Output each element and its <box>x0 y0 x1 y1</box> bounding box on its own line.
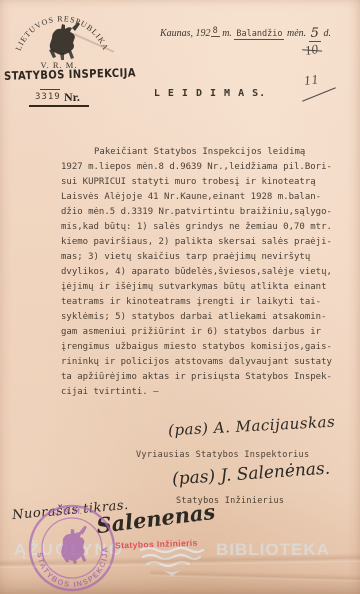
signature-1-title: Vyriausias Statybos Inspektorius <box>136 450 309 460</box>
form-line-decor <box>40 89 60 90</box>
dateline-month: Balandžio <box>234 29 284 40</box>
dateline-day: 5 <box>309 26 321 42</box>
body-line: įėjimų ir išėjimų sutvarkymas būtų atlik… <box>61 280 341 295</box>
body-line: Laisvės Alėjoje 41 Nr.Kaune,einant 1928 … <box>61 190 341 205</box>
vytis-emblem-icon <box>49 22 80 60</box>
dateline-d-label: d. <box>321 28 331 39</box>
doc-number: 3319 <box>35 92 61 102</box>
body-line: įrengimus užbaigus miesto statybos komis… <box>61 340 341 355</box>
dateline-year-digit: 8 <box>211 26 220 37</box>
body-line: kiemo paviršiaus, 2) palikta skersai sal… <box>61 235 341 250</box>
margin-note-crossed: 10 <box>304 41 320 59</box>
form-underline-decor <box>29 105 89 107</box>
number-label: Nr. <box>64 90 80 105</box>
body-line: rininkų ir policijos atstovams dalyvauja… <box>61 355 341 370</box>
dateline-men-label: mėn. <box>284 28 308 39</box>
doc-title: L E I D I M A S. <box>130 88 290 99</box>
margin-note-second: 11 <box>303 71 321 89</box>
signature-2-handwritten: (pas) J. Salenėnas. <box>171 459 330 490</box>
body-line: džio mėn.5 d.3319 Nr.patvirtintu braižin… <box>61 205 341 220</box>
paper-crease-decor <box>150 569 360 582</box>
body-line: cijai tvirtinti. – <box>61 385 341 400</box>
dateline: Kaunas, 1928 m. Balandžio mėn. 5 d. <box>160 23 331 41</box>
body-paragraph: Pakeičiant Statybos Inspekcijos leidimą … <box>61 145 341 400</box>
body-line: Pakeičiant Statybos Inspekcijos leidimą <box>61 145 341 160</box>
body-line: syklėmis; 5) statybos darbai atliekami a… <box>61 310 341 325</box>
office-name: STATYBOS INSPEKCIJA <box>4 68 114 84</box>
body-line: ta apžiūrėjimo aktas ir prisiųsta Statyb… <box>61 370 341 385</box>
round-stamp: V. R. M. STATYBOS INSPEKCIJA <box>21 497 122 594</box>
dateline-m-label: m. <box>220 28 235 39</box>
dateline-city: Kaunas, 192 <box>160 28 211 39</box>
document-page: ĄŽUOLYNO BIBLIOTEKA LIETUVOS RESPUBLIKA … <box>0 0 360 594</box>
letterhead: LIETUVOS RESPUBLIKA V. R. M. <box>2 6 132 70</box>
signature-1-handwritten: (pas) A. Macijauskas <box>168 413 336 440</box>
slash-line-decor <box>302 87 336 102</box>
body-line: mas; 3) vietų skaičius tarp praėjimų nev… <box>61 250 341 265</box>
body-line: mis,kad būtų: 1) salės grindys ne žemiau… <box>61 220 341 235</box>
body-line: teatrams ir kinoteatrams įrengti ir laik… <box>61 295 341 310</box>
body-line: 1927 m.liepos mėn.8 d.9639 Nr.,leidžiama… <box>61 160 341 175</box>
body-line: gam asmeniui prižiūrint ir 6) statybos d… <box>61 325 341 340</box>
body-line: dvylikos, 4) aparato būdelės,šviesos,sal… <box>61 265 341 280</box>
body-line: sui KUPRICUI statyti muro trobesį ir kin… <box>61 175 341 190</box>
